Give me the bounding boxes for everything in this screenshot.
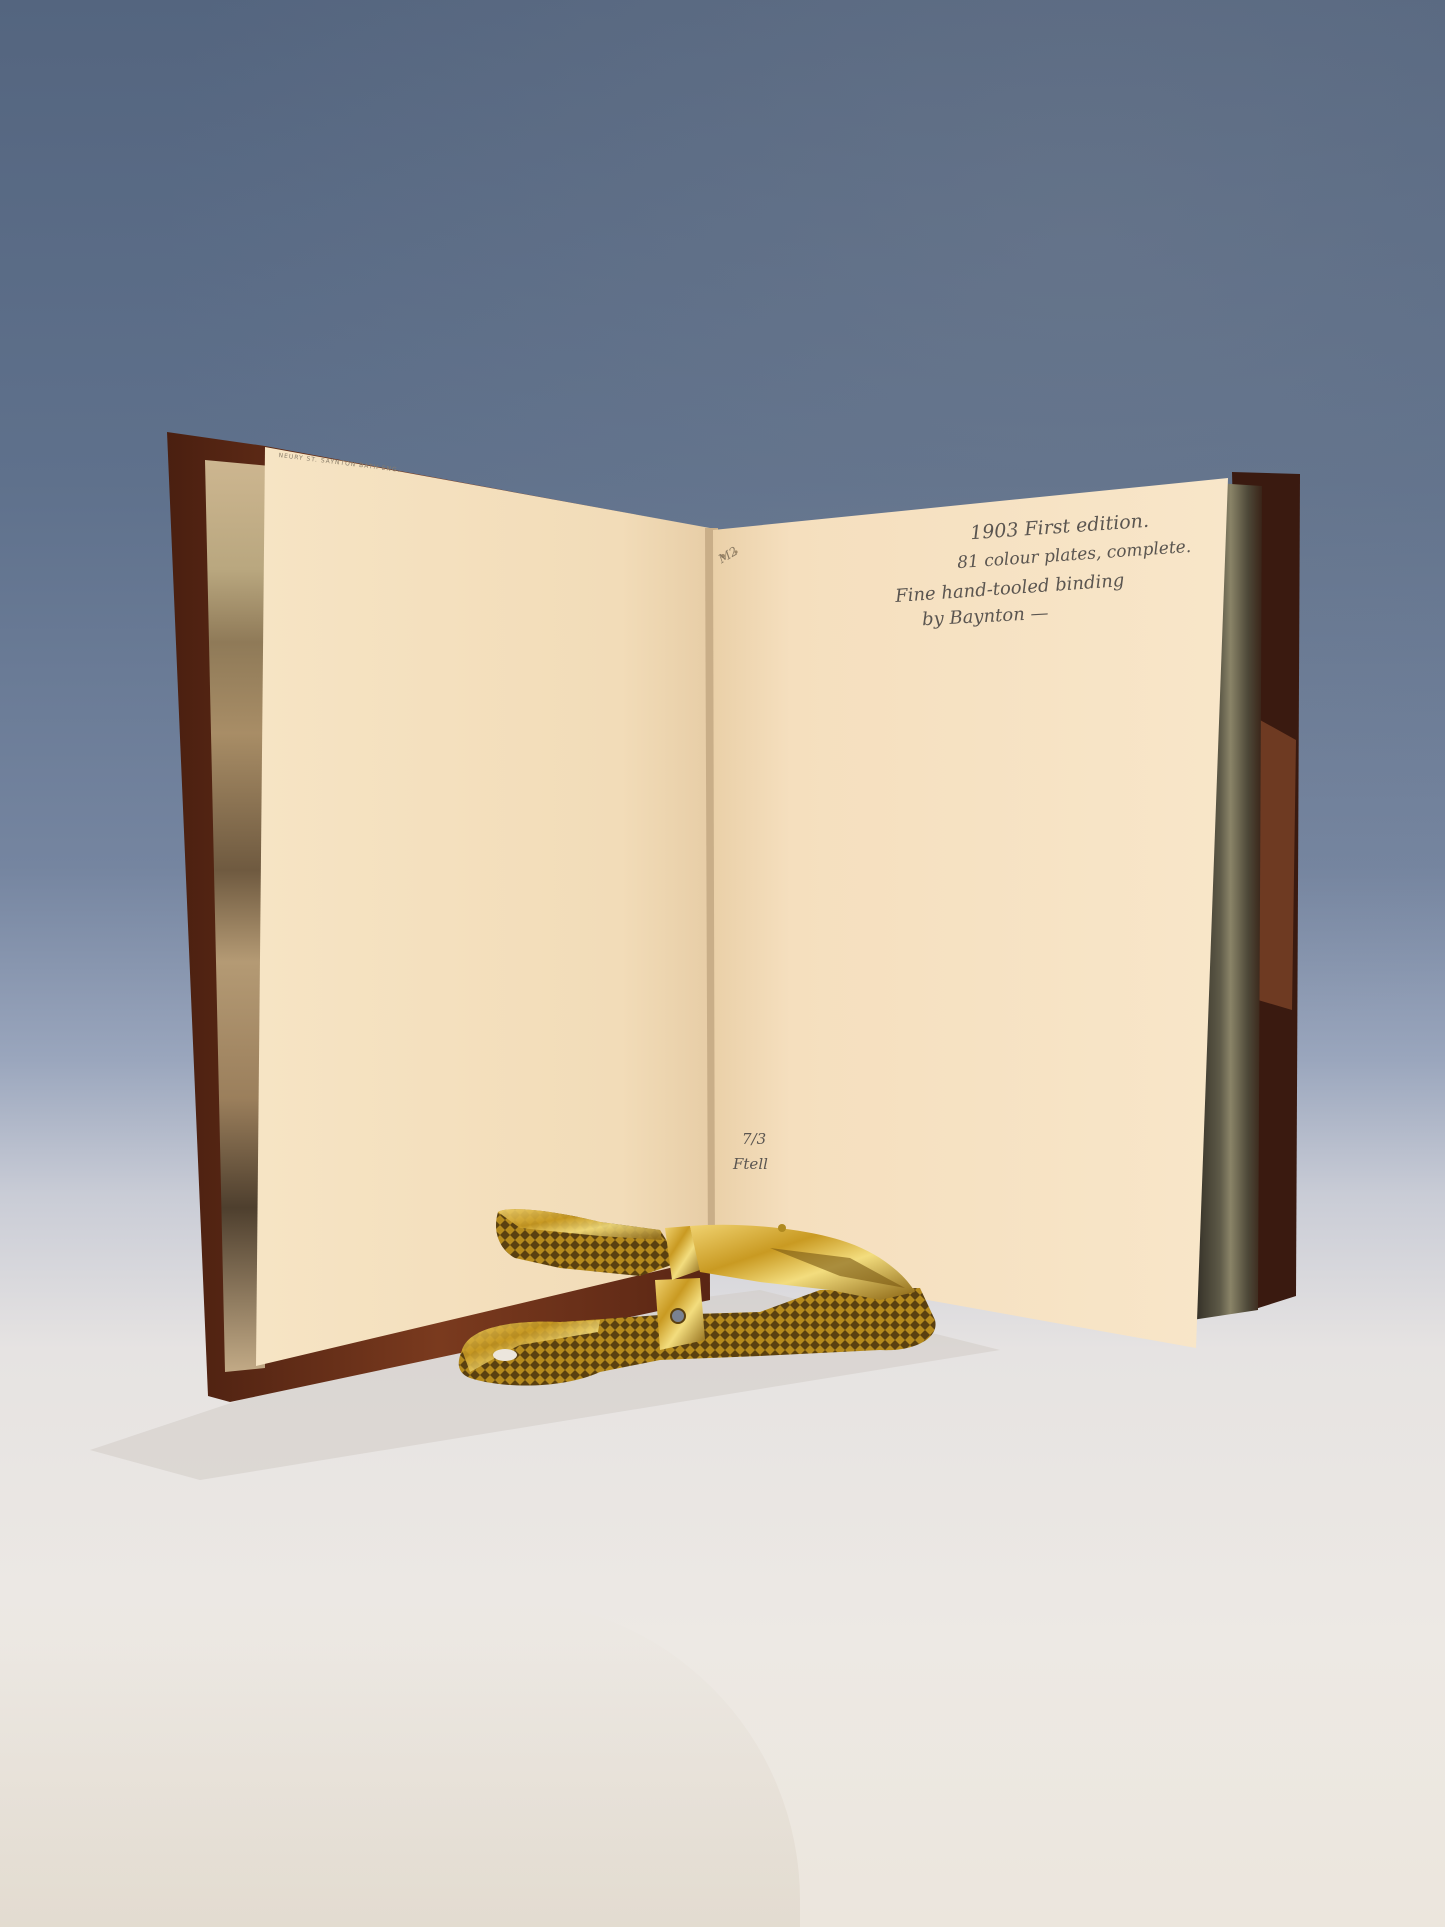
photo-scene: NEURY ST. SAYNTON BATH ENG. 1903 First e… <box>0 0 1445 1927</box>
price-code-line-1: 7/3 <box>742 1130 766 1148</box>
price-code-line-2: Ftell <box>733 1155 768 1173</box>
book-illustration <box>0 0 1445 1927</box>
